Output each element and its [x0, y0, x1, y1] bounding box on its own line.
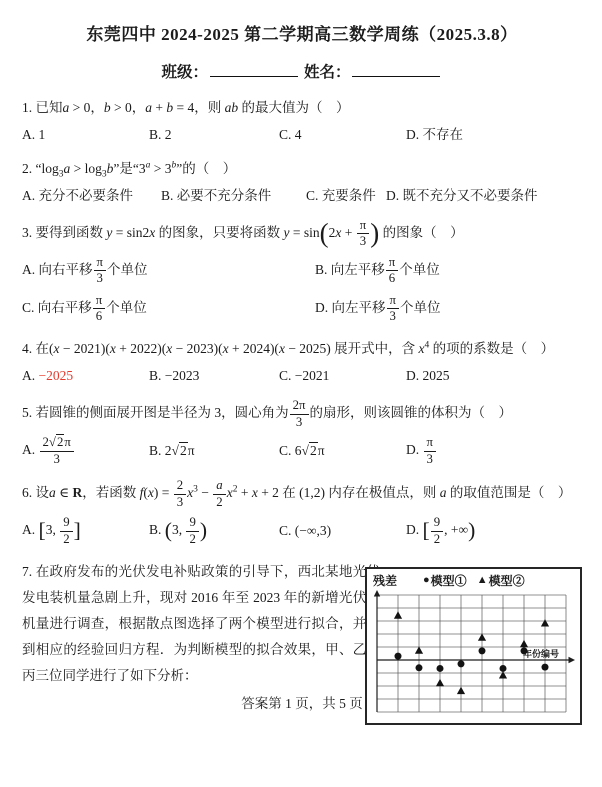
question-2: 2. “log3a > log3b”是“3a > 3b”的（ ） A. 充分不必… — [22, 159, 582, 207]
question-3-options: A. 向右平移π3个单位 B. 向左平移π6个单位 C. 向右平移π6个单位 D… — [22, 256, 582, 324]
data-point — [520, 640, 528, 647]
question-1-option-b: B. 2 — [149, 125, 279, 145]
question-4-option-c: C. −2021 — [279, 366, 406, 386]
residual-chart: 残差 ● 模型① ▲ 模型② 年份编号 — [365, 567, 582, 725]
data-point — [478, 633, 486, 640]
question-2-option-d: D. 既不充分又不必要条件 — [386, 186, 582, 206]
question-6-option-d: D. [92, +∞) — [406, 516, 582, 546]
question-4-options: A. −2025 B. −2023 C. −2021 D. 2025 — [22, 366, 582, 386]
x-axis-label: 年份编号 — [523, 648, 559, 659]
question-7: 7. 在政府发布的光伏发电补贴政策的引导下，西北某地光伏发电装机量急剧上升，现对… — [22, 559, 582, 731]
triangle-marker-icon: ▲ — [477, 575, 488, 586]
question-3-option-c: C. 向右平移π6个单位 — [22, 294, 315, 324]
data-point — [458, 660, 465, 667]
question-4-option-a: A. −2025 — [22, 366, 149, 386]
question-6-option-a: A. [3, 92] — [22, 516, 149, 546]
question-6-options: A. [3, 92] B. (3, 92) C. (−∞,3) D. [92, … — [22, 516, 582, 546]
question-5-option-c: C. 6√2π — [279, 441, 406, 461]
name-label: 姓名： — [304, 64, 351, 81]
question-6-option-b: B. (3, 92) — [149, 516, 279, 546]
question-1-options: A. 1 B. 2 C. 4 D. 不存在 — [22, 125, 582, 145]
data-point — [542, 664, 549, 671]
question-6-stem: 6. 设a ∈ R，若函数 f(x) = 23x3 − a2x2 + x + 2… — [22, 479, 582, 509]
question-4-stem: 4. 在(x − 2021)(x + 2022)(x − 2023)(x + 2… — [22, 339, 582, 359]
question-2-option-b: B. 必要不充分条件 — [161, 186, 306, 206]
x-axis-arrow-icon — [569, 657, 576, 663]
question-1-option-d: D. 不存在 — [406, 125, 582, 145]
data-point — [394, 611, 402, 618]
question-5-option-a: A. 2√2π3 — [22, 436, 149, 466]
question-5-stem: 5. 若圆锥的侧面展开图是半径为 3，圆心角为2π3的扇形，则该圆锥的体积为（ … — [22, 399, 582, 429]
chart-y-axis-label: 残差 — [373, 572, 397, 590]
question-1-stem: 1. 已知a > 0，b > 0，a + b = 4，则 ab 的最大值为（ ） — [22, 98, 582, 118]
question-4-option-d: D. 2025 — [406, 366, 582, 386]
question-3-option-d: D. 向左平移π3个单位 — [315, 294, 582, 324]
page-title: 东莞四中 2024-2025 第二学期高三数学周练（2025.3.8） — [22, 20, 582, 45]
legend-model2-label: 模型② — [489, 572, 525, 590]
legend-model1-label: 模型① — [431, 572, 467, 590]
question-6-option-c: C. (−∞,3) — [279, 521, 406, 541]
data-point — [395, 653, 402, 660]
data-point — [500, 665, 507, 672]
data-point — [457, 687, 465, 694]
question-3-option-a: A. 向右平移π3个单位 — [22, 256, 315, 286]
legend-item-model1: ● 模型① — [423, 572, 467, 590]
question-5-options: A. 2√2π3 B. 2√2π C. 6√2π D. π3 — [22, 436, 582, 466]
chart-legend: ● 模型① ▲ 模型② — [423, 572, 525, 590]
question-2-option-a: A. 充分不必要条件 — [22, 186, 161, 206]
data-point — [479, 647, 486, 654]
exam-page: 东莞四中 2024-2025 第二学期高三数学周练（2025.3.8） 班级： … — [0, 0, 602, 787]
question-6: 6. 设a ∈ R，若函数 f(x) = 23x3 − a2x2 + x + 2… — [22, 479, 582, 546]
name-blank — [352, 62, 440, 78]
data-point — [437, 665, 444, 672]
question-1: 1. 已知a > 0，b > 0，a + b = 4，则 ab 的最大值为（ ）… — [22, 98, 582, 146]
question-4-option-b: B. −2023 — [149, 366, 279, 386]
question-5-option-d: D. π3 — [406, 436, 582, 466]
class-label: 班级： — [162, 64, 209, 81]
question-1-option-c: C. 4 — [279, 125, 406, 145]
circle-marker-icon: ● — [423, 575, 430, 586]
data-point — [499, 671, 507, 678]
class-blank — [210, 62, 298, 78]
question-7-stem: 7. 在政府发布的光伏发电补贴政策的引导下，西北某地光伏发电装机量急剧上升，现对… — [22, 559, 380, 689]
question-5: 5. 若圆锥的侧面展开图是半径为 3，圆心角为2π3的扇形，则该圆锥的体积为（ … — [22, 399, 582, 466]
class-name-line: 班级： 姓名： — [22, 60, 582, 82]
chart-header: 残差 ● 模型① ▲ 模型② — [371, 571, 576, 590]
data-point — [436, 679, 444, 686]
data-point — [415, 646, 423, 653]
question-2-options: A. 充分不必要条件 B. 必要不充分条件 C. 充要条件 D. 既不充分又不必… — [22, 186, 582, 206]
question-2-stem: 2. “log3a > log3b”是“3a > 3b”的（ ） — [22, 159, 582, 179]
question-3-stem: 3. 要得到函数 y = sin2x 的图象，只要将函数 y = sin(2x … — [22, 219, 582, 249]
question-2-option-c: C. 充要条件 — [306, 186, 386, 206]
data-point — [541, 619, 549, 626]
question-1-option-a: A. 1 — [22, 125, 149, 145]
question-4: 4. 在(x − 2021)(x + 2022)(x − 2023)(x + 2… — [22, 339, 582, 387]
data-point — [521, 647, 528, 654]
y-axis-arrow-icon — [374, 590, 380, 597]
data-point — [416, 664, 423, 671]
residual-plot: 年份编号 — [371, 590, 576, 720]
legend-item-model2: ▲ 模型② — [477, 572, 525, 590]
question-5-option-b: B. 2√2π — [149, 441, 279, 461]
question-3-option-b: B. 向左平移π6个单位 — [315, 256, 582, 286]
question-3: 3. 要得到函数 y = sin2x 的图象，只要将函数 y = sin(2x … — [22, 219, 582, 324]
